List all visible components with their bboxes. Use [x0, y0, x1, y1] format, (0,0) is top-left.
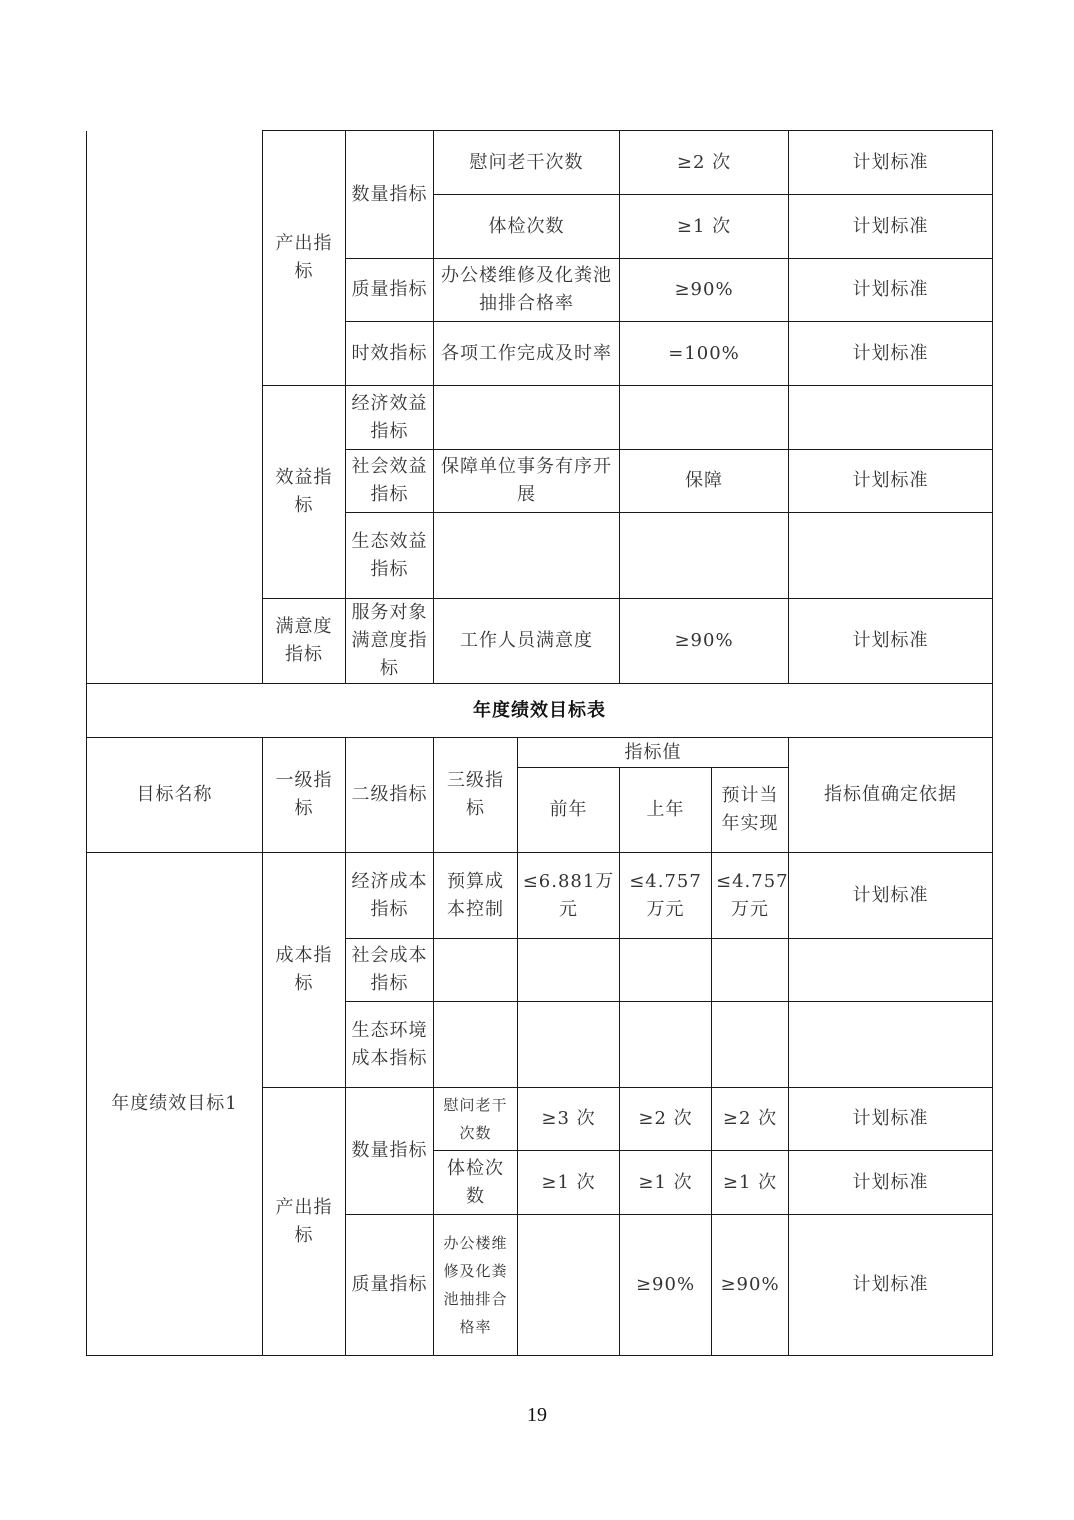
prev-year-cell — [518, 939, 620, 1002]
basis-cell — [789, 386, 993, 450]
basis-cell: 计划标准 — [789, 259, 993, 322]
header-prev-year: 前年 — [518, 768, 620, 853]
last-year-cell — [620, 939, 712, 1002]
value-cell: ≥2 次 — [620, 131, 789, 195]
expected-cell — [712, 1002, 789, 1088]
last-year-cell: ≥1 次 — [620, 1151, 712, 1215]
target-name-cell: 年度绩效目标1 — [87, 853, 263, 1356]
expected-cell: ≥90% — [712, 1215, 789, 1356]
level3-cell — [434, 386, 620, 450]
header-expected: 预计当年实现 — [712, 768, 789, 853]
level3-cell — [434, 513, 620, 599]
level2-economic-cost: 经济成本指标 — [346, 853, 434, 939]
level2-satisfaction: 服务对象满意度指标 — [346, 599, 434, 684]
level3-cell: 工作人员满意度 — [434, 599, 620, 684]
expected-cell: ≥2 次 — [712, 1088, 789, 1151]
value-cell: =100% — [620, 322, 789, 386]
level3-cell: 慰问老干次数 — [434, 1088, 518, 1151]
level3-cell — [434, 939, 518, 1002]
page-number: 19 — [0, 1404, 1074, 1427]
last-year-cell — [620, 1002, 712, 1088]
level2-quantity: 数量指标 — [346, 131, 434, 259]
basis-cell: 计划标准 — [789, 853, 993, 939]
table-title: 年度绩效目标表 — [87, 684, 993, 738]
level3-cell: 体检次数 — [434, 1151, 518, 1215]
level1-benefit: 效益指标 — [263, 386, 346, 599]
level1-satisfaction: 满意度指标 — [263, 599, 346, 684]
level3-cell: 办公楼维修及化粪池抽排合格率 — [434, 1215, 518, 1356]
level3-cell: 预算成本控制 — [434, 853, 518, 939]
header-target-name: 目标名称 — [87, 738, 263, 853]
header-indicator-value: 指标值 — [518, 738, 789, 768]
basis-cell: 计划标准 — [789, 1088, 993, 1151]
level2-social-benefit: 社会效益指标 — [346, 450, 434, 513]
level3-cell: 体检次数 — [434, 195, 620, 259]
level3-cell: 保障单位事务有序开展 — [434, 450, 620, 513]
expected-cell: ≤4.757万元 — [712, 853, 789, 939]
level2-quality: 质量指标 — [346, 1215, 434, 1356]
expected-cell — [712, 939, 789, 1002]
level2-ecological-cost: 生态环境成本指标 — [346, 1002, 434, 1088]
basis-cell: 计划标准 — [789, 1151, 993, 1215]
value-cell: ≥90% — [620, 599, 789, 684]
level2-economic-benefit: 经济效益指标 — [346, 386, 434, 450]
prev-year-cell: ≤6.881万元 — [518, 853, 620, 939]
last-year-cell: ≤4.757万元 — [620, 853, 712, 939]
expected-cell: ≥1 次 — [712, 1151, 789, 1215]
value-cell: ≥90% — [620, 259, 789, 322]
prev-year-cell — [518, 1002, 620, 1088]
level2-quality: 质量指标 — [346, 259, 434, 322]
basis-cell: 计划标准 — [789, 1215, 993, 1356]
basis-cell — [789, 1002, 993, 1088]
level2-social-cost: 社会成本指标 — [346, 939, 434, 1002]
level1-output: 产出指标 — [263, 1088, 346, 1356]
target-name-cell-continued — [87, 131, 263, 684]
value-cell — [620, 513, 789, 599]
header-level3: 三级指标 — [434, 738, 518, 853]
basis-cell — [789, 513, 993, 599]
prev-year-cell: ≥3 次 — [518, 1088, 620, 1151]
basis-cell: 计划标准 — [789, 131, 993, 195]
basis-cell: 计划标准 — [789, 599, 993, 684]
header-basis: 指标值确定依据 — [789, 738, 993, 853]
level3-cell: 办公楼维修及化粪池抽排合格率 — [434, 259, 620, 322]
level2-quantity: 数量指标 — [346, 1088, 434, 1215]
last-year-cell: ≥90% — [620, 1215, 712, 1356]
header-level2: 二级指标 — [346, 738, 434, 853]
prev-year-cell — [518, 1215, 620, 1356]
level1-cost: 成本指标 — [263, 853, 346, 1088]
level2-ecological-benefit: 生态效益指标 — [346, 513, 434, 599]
value-cell: ≥1 次 — [620, 195, 789, 259]
basis-cell: 计划标准 — [789, 450, 993, 513]
basis-cell: 计划标准 — [789, 195, 993, 259]
performance-table: 产出指标 数量指标 慰问老干次数 ≥2 次 计划标准 体检次数 ≥1 次 计划标… — [86, 130, 993, 684]
level3-cell: 慰问老干次数 — [434, 131, 620, 195]
value-cell — [620, 386, 789, 450]
value-cell: 保障 — [620, 450, 789, 513]
level1-output: 产出指标 — [263, 131, 346, 386]
annual-performance-table: 年度绩效目标表 目标名称 一级指标 二级指标 三级指标 指标值 指标值确定依据 … — [86, 683, 993, 1356]
prev-year-cell: ≥1 次 — [518, 1151, 620, 1215]
header-last-year: 上年 — [620, 768, 712, 853]
basis-cell — [789, 939, 993, 1002]
header-level1: 一级指标 — [263, 738, 346, 853]
level3-cell — [434, 1002, 518, 1088]
level3-cell: 各项工作完成及时率 — [434, 322, 620, 386]
level2-timeliness: 时效指标 — [346, 322, 434, 386]
last-year-cell: ≥2 次 — [620, 1088, 712, 1151]
basis-cell: 计划标准 — [789, 322, 993, 386]
